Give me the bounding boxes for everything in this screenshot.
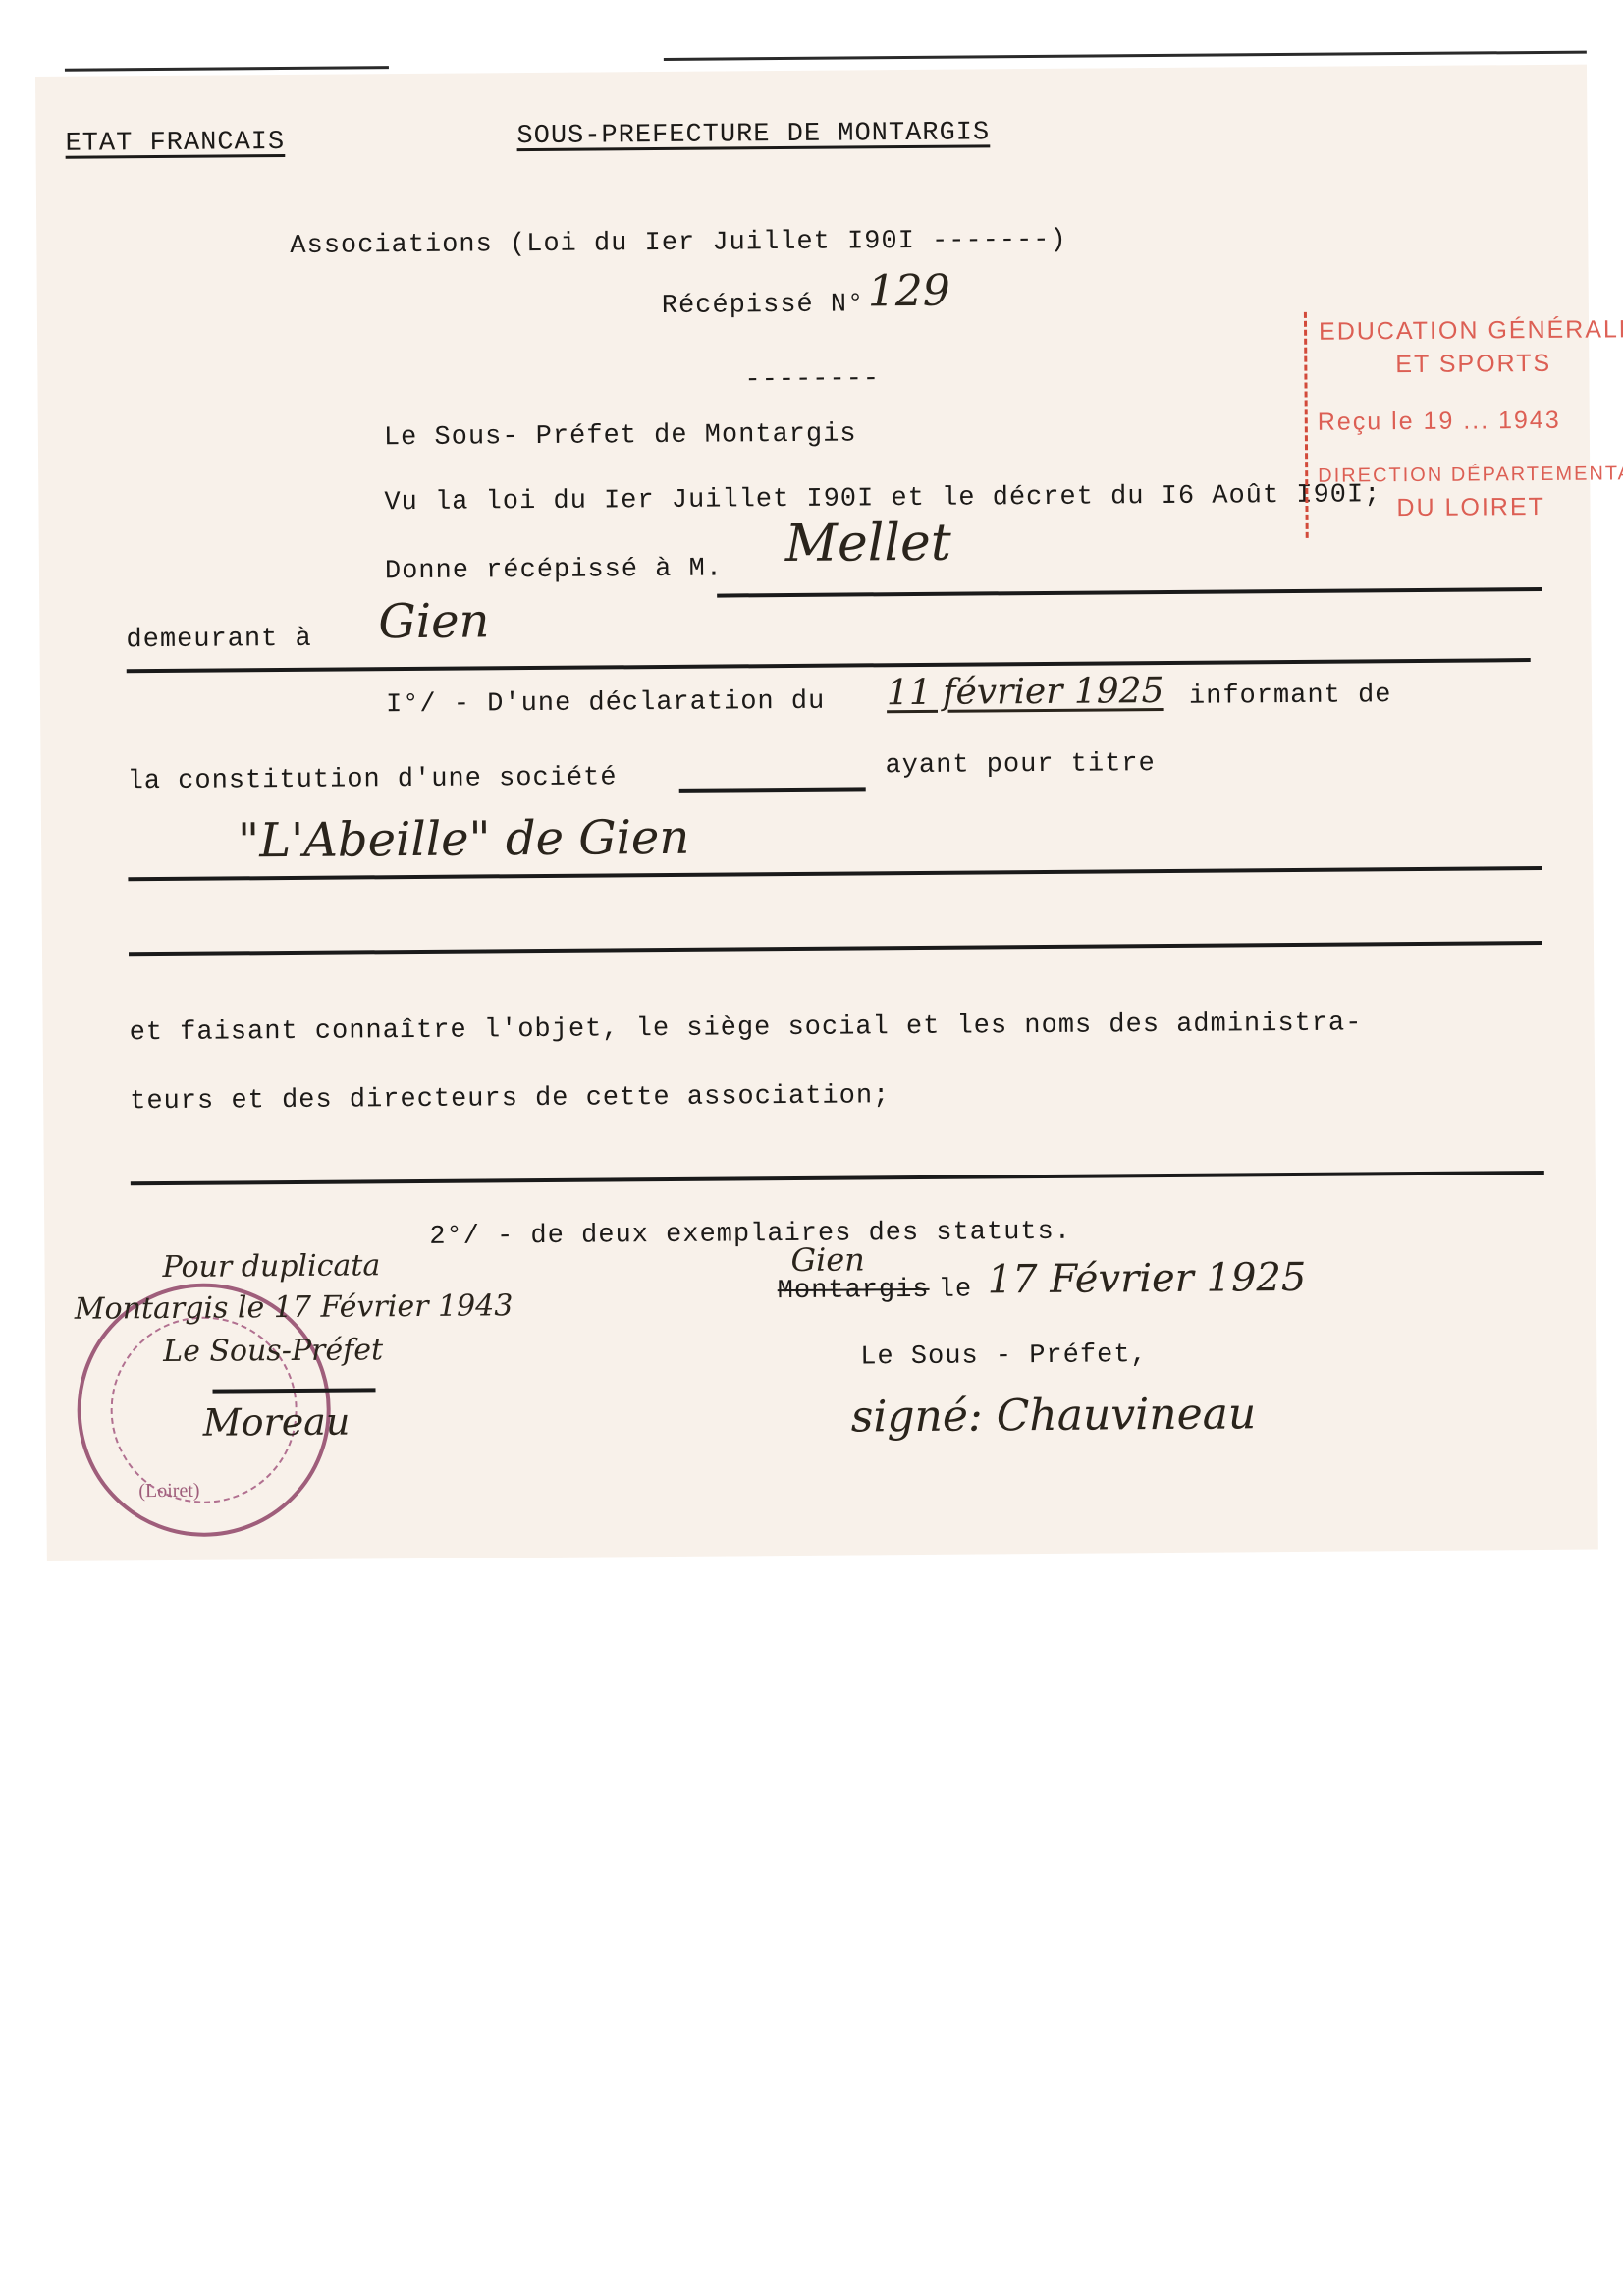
stamp-line3: Reçu le 19 ... 1943 (1318, 407, 1561, 437)
paragraph-line1: et faisant connaître l'objet, le siège s… (130, 1009, 1363, 1048)
header-center: SOUS-PREFECTURE DE MONTARGIS (516, 118, 990, 151)
subtitle: Associations (Loi du Ier Juillet I90I --… (290, 226, 1067, 261)
place-struck: Montargis (778, 1276, 930, 1306)
header-left: ETAT FRANCAIS (65, 128, 285, 159)
item1-suffix: informant de (1189, 681, 1392, 712)
issuer: Le Sous- Préfet de Montargis (384, 419, 857, 453)
prefect-signature: signé: Chauvineau (851, 1389, 1257, 1442)
duplicate-line2: Montargis le 17 Février 1943 (75, 1288, 514, 1327)
receipt-number: 129 (868, 266, 950, 317)
society-blank (679, 787, 866, 792)
title-label: ayant pour titre (885, 749, 1155, 781)
law-reference: Vu la loi du Ier Juillet I90I et le décr… (384, 480, 1380, 518)
name-rule (717, 587, 1542, 598)
stamp-line2: ET SPORTS (1395, 350, 1551, 379)
city-rule (127, 658, 1531, 673)
paragraph-line2: teurs et des directeurs de cette associa… (130, 1081, 890, 1117)
duplicate-line1: Pour duplicata (162, 1248, 380, 1285)
residing-label: demeurant à (126, 625, 311, 655)
title-rule (128, 866, 1542, 881)
item1-prefix: I°/ - D'une déclaration du (386, 687, 826, 721)
red-receipt-stamp: EDUCATION GÉNÉRALE ET SPORTS Reçu le 19 … (1304, 309, 1623, 538)
separator: -------- (744, 364, 880, 395)
stamp-line5: DU LOIRET (1396, 493, 1545, 522)
receipt-label: Récépissé N° (662, 290, 865, 321)
duplicate-line3: Le Sous-Préfet (163, 1333, 383, 1369)
item1-date: 11 février 1925 (887, 671, 1164, 713)
duplicate-signature: Moreau (203, 1400, 351, 1445)
place-handwritten: Gien (790, 1240, 865, 1279)
item2: 2°/ - de deux exemplaires des statuts. (429, 1218, 1071, 1252)
constitution-label: la constitution d'une société (128, 763, 618, 796)
prefect-title: Le Sous - Préfet, (860, 1340, 1148, 1372)
stamp-line4: DIRECTION DÉPARTEMENTALE (1318, 463, 1623, 488)
association-title: "L'Abeille" de Gien (238, 810, 690, 869)
date-handwritten: 17 Février 1925 (987, 1255, 1306, 1303)
top-dashed-line (65, 66, 389, 72)
seal-bottom-text: (Loiret) (138, 1480, 199, 1503)
document-page: ETAT FRANCAIS SOUS-PREFECTURE DE MONTARG… (35, 65, 1598, 1561)
date-prefix: le (939, 1276, 973, 1305)
top-dashed-line (664, 51, 1587, 61)
receipt-to-name: Mellet (785, 514, 951, 574)
blank-rule (129, 941, 1542, 956)
stamp-line1: EDUCATION GÉNÉRALE (1319, 315, 1623, 347)
paragraph-rule (131, 1171, 1544, 1185)
residing-city: Gien (378, 593, 489, 649)
duplicate-rule (213, 1388, 376, 1393)
receipt-to-label: Donne récépissé à M. (385, 555, 723, 587)
